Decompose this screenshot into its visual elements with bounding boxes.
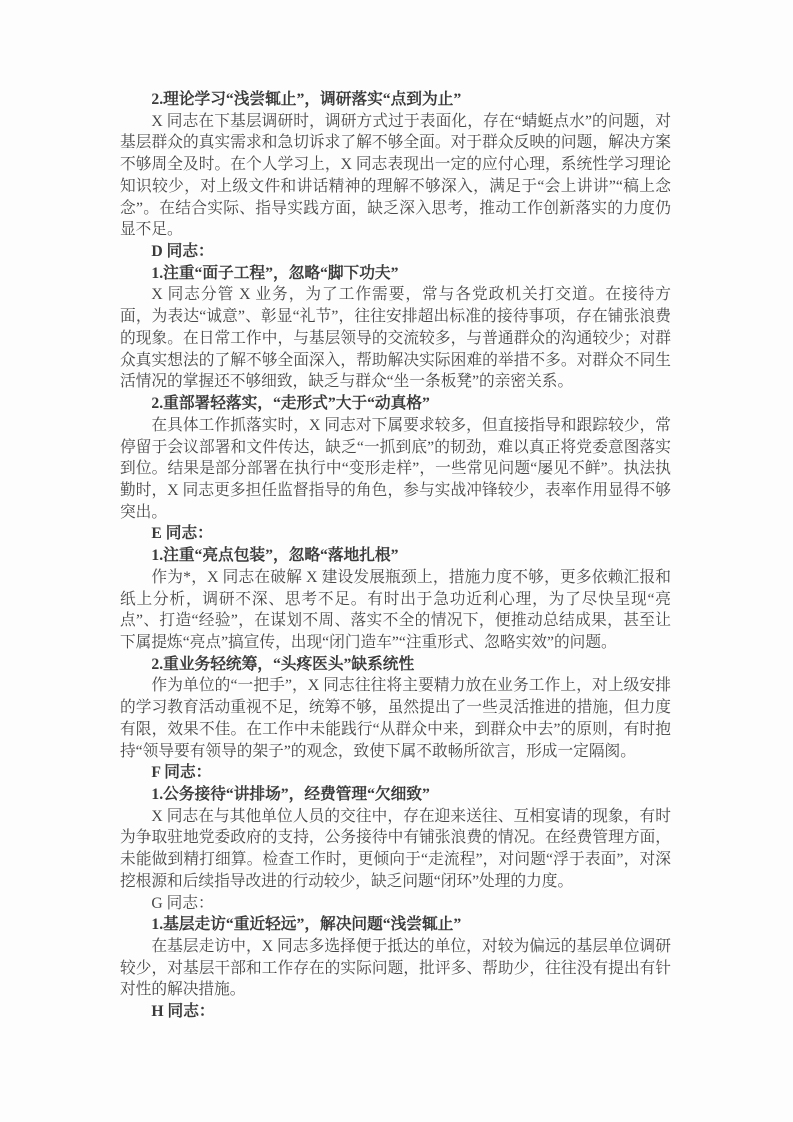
heading-g-1: 1.基层走访“重近轻远”，解决问题“浅尝辄止” [120,914,671,936]
heading-e-1: 1.注重“亮点包装”，忽略“落地扎根” [120,545,671,567]
document-content: 2.理论学习“浅尝辄止”，调研落实“点到为止” X 同志在下基层调研时，调研方式… [120,89,671,1023]
heading-d-2: 2.重部署轻落实，“走形式”大于“动真格” [120,393,671,415]
heading-theory-study: 2.理论学习“浅尝辄止”，调研落实“点到为止” [120,89,671,111]
para-f-1: X 同志在与其他单位人员的交往中，存在迎来送往、互相宴请的现象，有时为争取驻地党… [120,806,671,893]
para-g-1: 在基层走访中，X 同志多选择便于抵达的单位，对较为偏远的基层单位调研较少，对基层… [120,936,671,1001]
label-comrade-e: E 同志： [120,523,671,545]
document-page: 2.理论学习“浅尝辄止”，调研落实“点到为止” X 同志在下基层调研时，调研方式… [0,0,793,1122]
label-comrade-h: H 同志： [120,1001,671,1023]
para-e-2: 作为单位的“一把手”，X 同志往往将主要精力放在业务工作上，对上级安排的学习教育… [120,675,671,762]
label-comrade-f: F 同志： [120,762,671,784]
heading-d-1: 1.注重“面子工程”，忽略“脚下功夫” [120,263,671,285]
label-comrade-g: G 同志： [120,893,671,915]
para-theory-study: X 同志在下基层调研时，调研方式过于表面化，存在“蜻蜓点水”的问题，对基层群众的… [120,111,671,241]
heading-e-2: 2.重业务轻统筹，“头疼医头”缺系统性 [120,654,671,676]
para-e-1: 作为*，X 同志在破解 X 建设发展瓶颈上，措施力度不够，更多依赖汇报和纸上分析… [120,567,671,654]
heading-f-1: 1.公务接待“讲排场”，经费管理“欠细致” [120,784,671,806]
label-comrade-d: D 同志： [120,241,671,263]
para-d-1: X 同志分管 X 业务，为了工作需要，常与各党政机关打交道。在接待方面，为表达“… [120,284,671,393]
para-d-2: 在具体工作抓落实时，X 同志对下属要求较多，但直接指导和跟踪较少，常停留于会议部… [120,415,671,524]
